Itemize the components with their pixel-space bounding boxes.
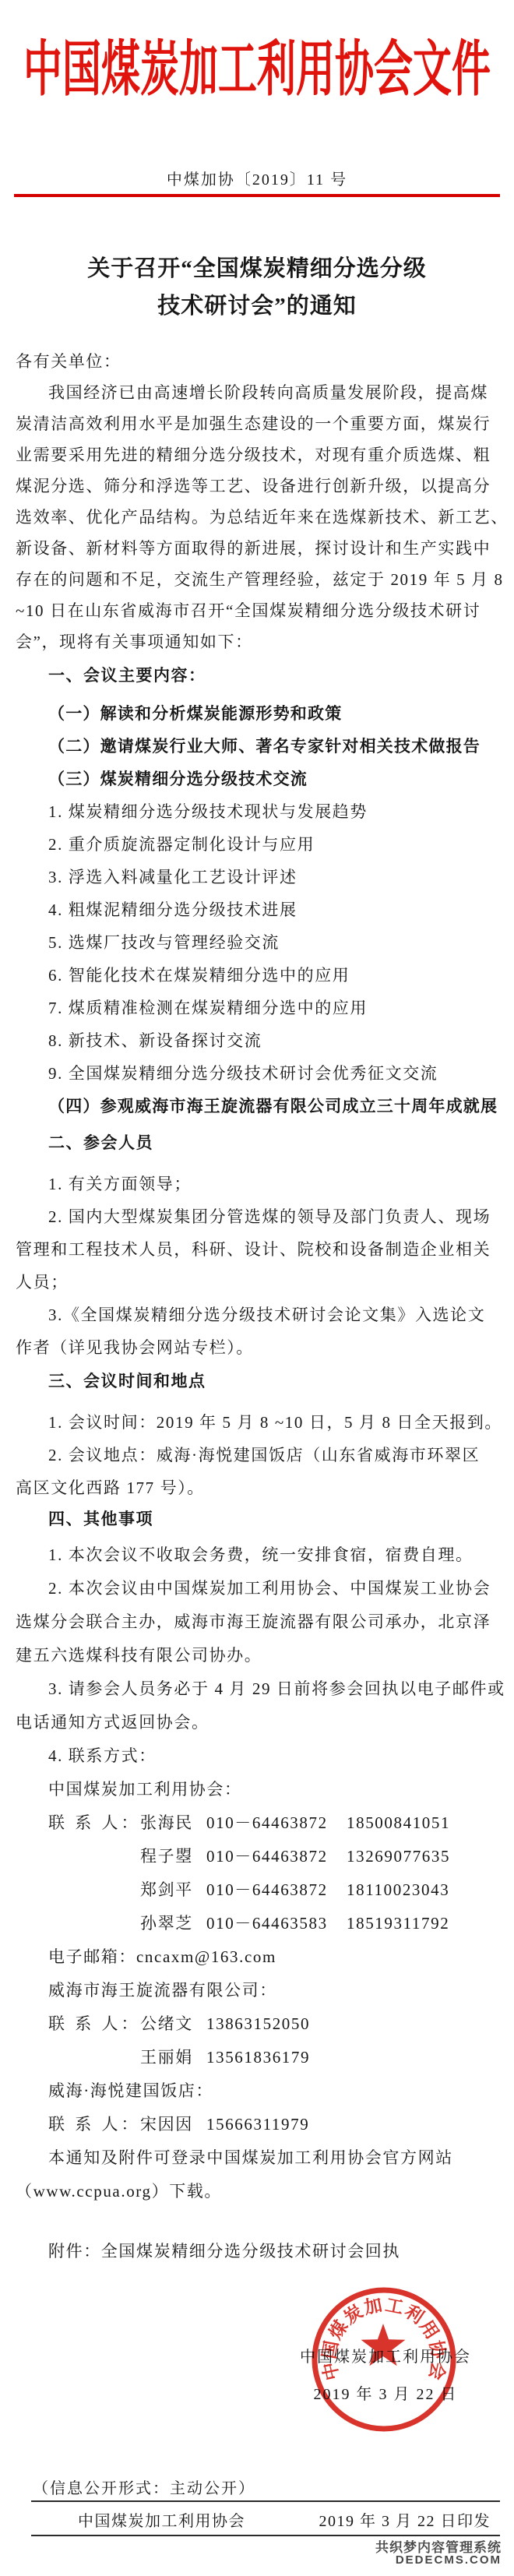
list-item: （四）参观威海市海王旋流器有限公司成立三十周年成就展	[16, 1090, 500, 1122]
list-item: （一）解读和分析煤炭能源形势和政策	[16, 697, 500, 730]
email-line: 电子邮箱：cncaxm@163.com	[16, 1940, 500, 1974]
contact-phone: 15666311979	[206, 2108, 347, 2141]
contact-label	[48, 1873, 140, 1907]
contact-label	[48, 2041, 140, 2074]
body-line: 4. 联系方式：	[16, 1739, 500, 1773]
body-line: 2. 国内大型煤炭集团分管选煤的领导及部门负责人、现场	[16, 1200, 500, 1233]
body-line: 管理和工程技术人员，科研、设计、院校和设备制造企业相关	[16, 1233, 500, 1266]
list-item: 4. 粗煤泥精细分选分级技术进展	[16, 893, 500, 926]
list-item: 3. 浮选入料减量化工艺设计评述	[16, 861, 500, 893]
contact-label: 联 系 人：	[48, 1806, 140, 1840]
contact-phone: 010－64463872	[206, 1873, 347, 1907]
attachment-block: 附件：全国煤炭精细分选分级技术研讨会回执	[16, 2239, 500, 2262]
intro-line: ~10 日在山东省威海市召开“全国煤炭精细分选分级技术研讨	[16, 595, 500, 626]
body-line: 3.《全国煤炭精细分选分级技术研讨会论文集》入选论文	[16, 1299, 500, 1331]
notice-title: 关于召开“全国煤炭精细分选分级 技术研讨会”的通知	[0, 250, 514, 325]
intro-line: 业需要采用先进的精细分选分级技术，对现有重介质选煤、粗	[16, 439, 500, 470]
body-line: 人员；	[16, 1266, 500, 1299]
letterhead-rule	[14, 194, 500, 197]
contact-label: 联 系 人：	[48, 2007, 140, 2041]
intro-line: 我国经济已由高速增长阶段转向高质量发展阶段，提高煤	[16, 377, 500, 408]
body-line: 1. 本次会议不收取会务费，统一安排食宿，宿费自理。	[16, 1538, 500, 1572]
list-item: 8. 新技术、新设备探讨交流	[16, 1024, 500, 1057]
contact-row: 王丽娟 13561836179	[16, 2041, 500, 2074]
contact-mobile: 13269077635	[347, 1840, 450, 1873]
contact-name: 宋因因	[140, 2108, 206, 2141]
section3-block: 1. 会议时间：2019 年 5 月 8 ~10 日，5 月 8 日全天报到。 …	[16, 1406, 500, 1504]
intro-line: 炭清洁高效利用水平是加强生态建设的一个重要方面，煤炭行	[16, 408, 500, 439]
contact-phone: 13561836179	[206, 2041, 347, 2074]
list-item: 1. 煤炭精细分选分级技术现状与发展趋势	[16, 795, 500, 828]
letterhead-title: 中国煤炭加工利用协会文件	[0, 39, 514, 100]
body-line: 选煤分会联合主办，威海市海王旋流器有限公司承办，北京泽	[16, 1605, 500, 1639]
section2-heading: 二、参会人员	[48, 1130, 153, 1154]
cms-watermark: 共织梦内容管理系统 DEDECMS.COM	[375, 2541, 502, 2566]
section1-heading: 一、会议主要内容：	[48, 663, 206, 686]
contact-phone: 010－64463872	[206, 1806, 347, 1840]
intro-line: 新设备、新材料等方面取得的新进展，探讨设计和生产实践中	[16, 533, 500, 564]
contact-name: 王丽娟	[140, 2041, 206, 2074]
list-item: （二）邀请煤炭行业大师、著名专家针对相关技术做报告	[16, 730, 500, 763]
section2-block: 1. 有关方面领导； 2. 国内大型煤炭集团分管选煤的领导及部门负责人、现场 管…	[16, 1168, 500, 1364]
doc-number: 中煤加协〔2019〕11 号	[0, 167, 514, 189]
contact-org-heading: 威海·海悦建国饭店：	[16, 2074, 500, 2108]
contact-mobile: 18110023043	[347, 1873, 449, 1907]
notice-title-line2: 技术研讨会”的通知	[0, 287, 514, 325]
closing-line: 本通知及附件可登录中国煤炭加工利用协会官方网站	[16, 2141, 500, 2175]
section4-heading: 四、其他事项	[48, 1506, 153, 1530]
list-item: （三）煤炭精细分选分级技术交流	[16, 763, 500, 795]
contact-phone: 13863152050	[206, 2007, 347, 2041]
cms-watermark-line2: DEDECMS.COM	[375, 2554, 502, 2566]
contact-phone: 010－64463872	[206, 1840, 347, 1873]
body-line: 建五六选煤科技有限公司协办。	[16, 1639, 500, 1672]
contact-org-heading: 威海市海王旋流器有限公司：	[16, 1974, 500, 2007]
contact-label: 联 系 人：	[48, 2108, 140, 2141]
contact-row: 联 系 人： 公绪文 13863152050	[16, 2007, 500, 2041]
list-item: 5. 选煤厂技改与管理经验交流	[16, 926, 500, 959]
body-line: 3. 请参会人员务必于 4 月 29 日前将参会回执以电子邮件或	[16, 1672, 500, 1706]
intro-block: 各有关单位： 我国经济已由高速增长阶段转向高质量发展阶段，提高煤 炭清洁高效利用…	[16, 346, 500, 657]
notice-title-line1: 关于召开“全国煤炭精细分选分级	[0, 250, 514, 287]
body-line: 2. 本次会议由中国煤炭加工利用协会、中国煤炭工业协会	[16, 1572, 500, 1605]
contact-label	[48, 1840, 140, 1873]
footer-issuer: 中国煤炭加工利用协会	[78, 2508, 245, 2531]
footer-print-date: 2019 年 3 月 22 日印发	[319, 2508, 491, 2531]
contact-mobile: 18519311792	[347, 1907, 449, 1940]
salutation: 各有关单位：	[16, 346, 500, 377]
contact-row: 联 系 人： 宋因因 15666311979	[16, 2108, 500, 2141]
footer-rule-bottom	[31, 2535, 500, 2536]
contact-row: 郑剑平 010－64463872 18110023043	[16, 1873, 500, 1907]
list-item: 2. 重介质旋流器定制化设计与应用	[16, 828, 500, 861]
body-line: 1. 有关方面领导；	[16, 1168, 500, 1200]
cms-watermark-line1: 共织梦内容管理系统	[375, 2541, 502, 2554]
contact-mobile: 18500841051	[347, 1806, 450, 1840]
footer-rule-top	[31, 2500, 500, 2502]
attachment-line: 附件：全国煤炭精细分选分级技术研讨会回执	[16, 2239, 500, 2262]
contact-row: 程子曌 010－64463872 13269077635	[16, 1840, 500, 1873]
contact-org-heading: 中国煤炭加工利用协会：	[16, 1773, 500, 1806]
body-line: 1. 会议时间：2019 年 5 月 8 ~10 日，5 月 8 日全天报到。	[16, 1406, 500, 1439]
contact-name: 公绪文	[140, 2007, 206, 2041]
contact-label	[48, 1907, 140, 1940]
body-line: 作者（详见我协会网站专栏）。	[16, 1331, 500, 1364]
list-item: 6. 智能化技术在煤炭精细分选中的应用	[16, 959, 500, 992]
contact-row: 联 系 人： 张海民 010－64463872 18500841051	[16, 1806, 500, 1840]
footer-disclosure: （信息公开形式：主动公开）	[33, 2476, 255, 2498]
contact-name: 郑剑平	[140, 1873, 206, 1907]
intro-line: 选效率、优化产品结构。为总结近年来在选煤新技术、新工艺、	[16, 502, 500, 533]
list-item: 9. 全国煤炭精细分选分级技术研讨会优秀征文交流	[16, 1057, 500, 1090]
intro-line: 存在的问题和不足，交流生产管理经验，兹定于 2019 年 5 月 8	[16, 564, 500, 595]
official-seal: 中国煤炭加工利用协会	[308, 2284, 459, 2435]
contact-row: 孙翠芝 010－64463583 18519311792	[16, 1907, 500, 1940]
list-item: 7. 煤质精准检测在煤炭精细分选中的应用	[16, 992, 500, 1024]
body-line: 2. 会议地点：威海·海悦建国饭店（山东省威海市环翠区	[16, 1439, 500, 1471]
closing-line: （www.ccpua.org）下载。	[16, 2175, 500, 2208]
section1-block: （一）解读和分析煤炭能源形势和政策 （二）邀请煤炭行业大师、著名专家针对相关技术…	[16, 697, 500, 1122]
footer-row: 中国煤炭加工利用协会 2019 年 3 月 22 日印发	[0, 2508, 514, 2531]
intro-line: 会”，现将有关事项通知如下：	[16, 626, 500, 657]
contact-phone: 010－64463583	[206, 1907, 347, 1940]
body-line: 高区文化西路 177 号）。	[16, 1471, 500, 1504]
intro-line: 煤泥分选、筛分和浮选等工艺、设备进行创新升级，以提高分	[16, 470, 500, 502]
contact-name: 孙翠芝	[140, 1907, 206, 1940]
section4-block: 1. 本次会议不收取会务费，统一安排食宿，宿费自理。 2. 本次会议由中国煤炭加…	[16, 1538, 500, 2208]
contact-name: 程子曌	[140, 1840, 206, 1873]
section3-heading: 三、会议时间和地点	[48, 1369, 206, 1392]
document-page: 中国煤炭加工利用协会文件 中煤加协〔2019〕11 号 关于召开“全国煤炭精细分…	[0, 0, 514, 2576]
contact-name: 张海民	[140, 1806, 206, 1840]
body-line: 电话通知方式返回协会。	[16, 1706, 500, 1739]
star-icon	[361, 2324, 406, 2366]
